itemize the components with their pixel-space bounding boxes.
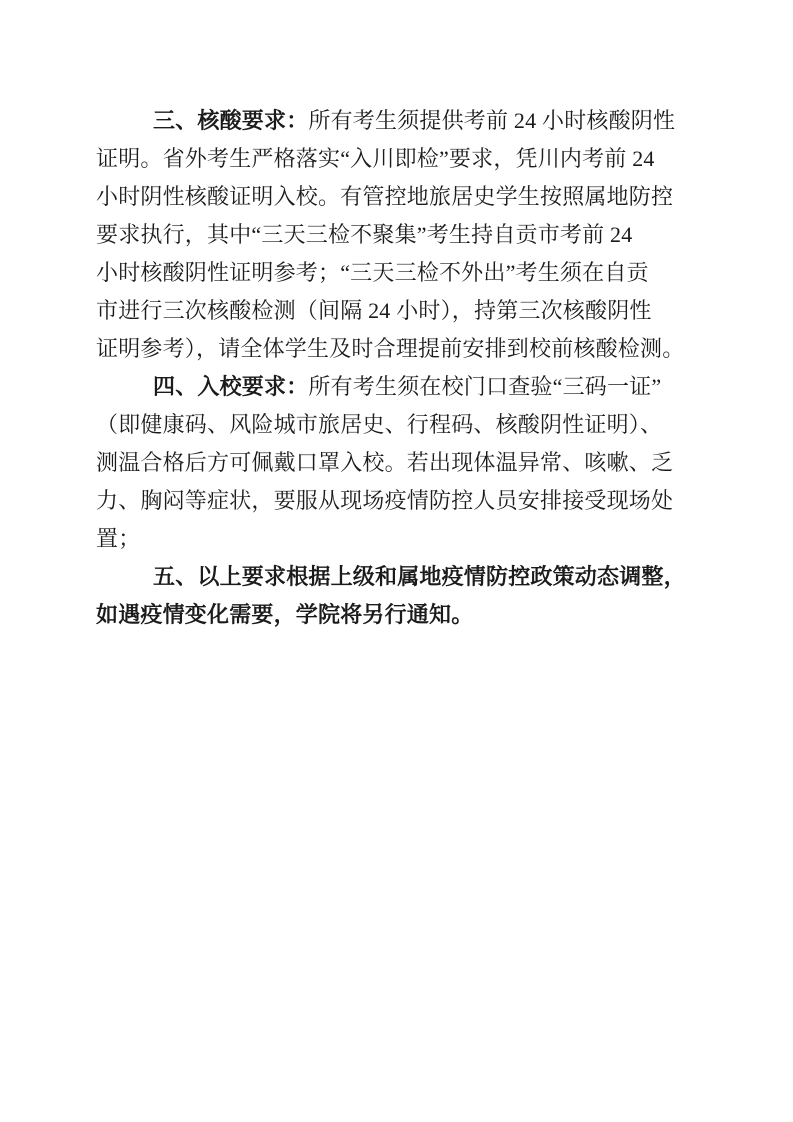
- text-line: 三、核酸要求：所有考生须提供考前 24 小时核酸阴性: [96, 102, 676, 140]
- text-line: 置；: [96, 520, 676, 558]
- text-line: 要求执行，其中“三天三检不聚集”考生持自贡市考前 24: [96, 216, 676, 254]
- text-line: 力、胸闷等症状，要服从现场疫情防控人员安排接受现场处: [96, 482, 676, 520]
- text-line: 测温合格后方可佩戴口罩入校。若出现体温异常、咳嗽、乏: [96, 444, 676, 482]
- text-line: 四、入校要求：所有考生须在校门口查验“三码一证”: [96, 368, 676, 406]
- text-line: 市进行三次核酸检测（间隔 24 小时），持第三次核酸阴性: [96, 292, 676, 330]
- section-heading: 四、入校要求：: [153, 374, 308, 399]
- document-body: 三、核酸要求：所有考生须提供考前 24 小时核酸阴性 证明。省外考生严格落实“入…: [96, 102, 676, 634]
- text-line: 小时阴性核酸证明入校。有管控地旅居史学生按照属地防控: [96, 178, 676, 216]
- text-line: 小时核酸阴性证明参考；“三天三检不外出”考生须在自贡: [96, 254, 676, 292]
- section-nucleic-acid-requirements: 三、核酸要求：所有考生须提供考前 24 小时核酸阴性 证明。省外考生严格落实“入…: [96, 102, 676, 368]
- text-run: 所有考生须在校门口查验“三码一证”: [308, 374, 661, 399]
- text-line: 证明参考），请全体学生及时合理提前安排到校前核酸检测。: [96, 330, 676, 368]
- document-page: 三、核酸要求：所有考生须提供考前 24 小时核酸阴性 证明。省外考生严格落实“入…: [0, 0, 793, 1122]
- text-line: 五、以上要求根据上级和属地疫情防控政策动态调整，: [96, 558, 676, 596]
- section-entry-requirements: 四、入校要求：所有考生须在校门口查验“三码一证” （即健康码、风险城市旅居史、行…: [96, 368, 676, 558]
- section-heading: 三、核酸要求：: [153, 108, 308, 133]
- text-run: 所有考生须提供考前 24 小时核酸阴性: [308, 108, 675, 133]
- text-line: 证明。省外考生严格落实“入川即检”要求，凭川内考前 24: [96, 140, 676, 178]
- text-line: 如遇疫情变化需要，学院将另行通知。: [96, 596, 676, 634]
- section-policy-adjustment-notice: 五、以上要求根据上级和属地疫情防控政策动态调整， 如遇疫情变化需要，学院将另行通…: [96, 558, 676, 634]
- text-line: （即健康码、风险城市旅居史、行程码、核酸阴性证明）、: [96, 406, 676, 444]
